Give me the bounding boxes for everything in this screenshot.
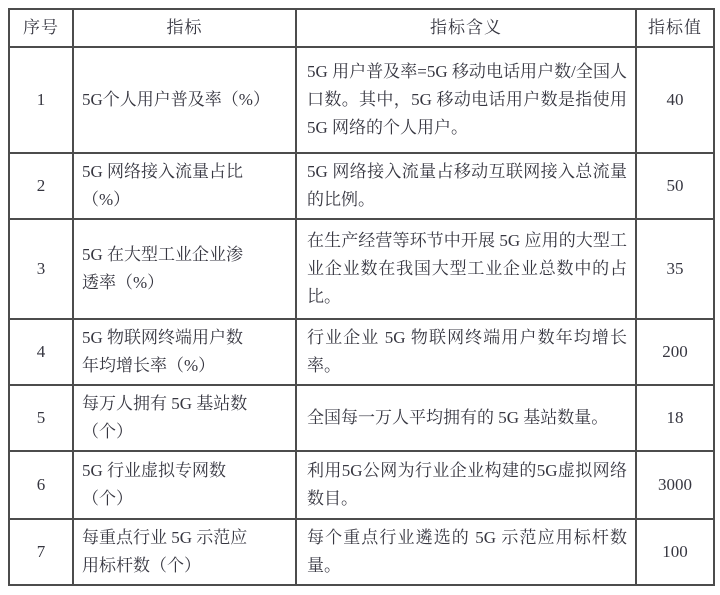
meaning-cell: 5G 用户普及率=5G 移动电话用户数/全国人口数。其中，5G 移动电话用户数是… xyxy=(296,47,636,153)
table-row: 2 5G 网络接入流量占比 （%） 5G 网络接入流量占移动互联网接入总流量的比… xyxy=(9,153,714,219)
meaning-cell: 利用5G公网为行业企业构建的5G虚拟网络数目。 xyxy=(296,451,636,519)
indicator-cell: 每重点行业 5G 示范应 用标杆数（个） xyxy=(73,519,296,585)
value-cell: 3000 xyxy=(636,451,714,519)
row-number-cell: 1 xyxy=(9,47,73,153)
indicator-cell: 5G 网络接入流量占比 （%） xyxy=(73,153,296,219)
value-cell: 35 xyxy=(636,219,714,319)
table-row: 6 5G 行业虚拟专网数 （个） 利用5G公网为行业企业构建的5G虚拟网络数目。… xyxy=(9,451,714,519)
header-indicator-value: 指标值 xyxy=(636,9,714,47)
row-number-cell: 5 xyxy=(9,385,73,451)
row-number-cell: 2 xyxy=(9,153,73,219)
meaning-cell: 全国每一万人平均拥有的 5G 基站数量。 xyxy=(296,385,636,451)
value-cell: 18 xyxy=(636,385,714,451)
indicator-table: 序号 指标 指标含义 指标值 1 5G个人用户普及率（%） 5G 用户普及率=5… xyxy=(8,8,715,586)
header-serial-number: 序号 xyxy=(9,9,73,47)
value-cell: 100 xyxy=(636,519,714,585)
header-indicator: 指标 xyxy=(73,9,296,47)
row-number-cell: 4 xyxy=(9,319,73,385)
indicator-cell: 5G 物联网终端用户数 年均增长率（%） xyxy=(73,319,296,385)
meaning-cell: 每个重点行业遴选的 5G 示范应用标杆数量。 xyxy=(296,519,636,585)
value-cell: 50 xyxy=(636,153,714,219)
indicator-cell: 每万人拥有 5G 基站数 （个） xyxy=(73,385,296,451)
table-row: 3 5G 在大型工业企业渗 透率（%） 在生产经营等环节中开展 5G 应用的大型… xyxy=(9,219,714,319)
value-cell: 40 xyxy=(636,47,714,153)
header-indicator-meaning: 指标含义 xyxy=(296,9,636,47)
row-number-cell: 7 xyxy=(9,519,73,585)
table-row: 5 每万人拥有 5G 基站数 （个） 全国每一万人平均拥有的 5G 基站数量。 … xyxy=(9,385,714,451)
value-cell: 200 xyxy=(636,319,714,385)
row-number-cell: 6 xyxy=(9,451,73,519)
meaning-cell: 行业企业 5G 物联网终端用户数年均增长率。 xyxy=(296,319,636,385)
row-number-cell: 3 xyxy=(9,219,73,319)
meaning-cell: 5G 网络接入流量占移动互联网接入总流量的比例。 xyxy=(296,153,636,219)
table-row: 1 5G个人用户普及率（%） 5G 用户普及率=5G 移动电话用户数/全国人口数… xyxy=(9,47,714,153)
indicator-cell: 5G个人用户普及率（%） xyxy=(73,47,296,153)
meaning-cell: 在生产经营等环节中开展 5G 应用的大型工业企业数在我国大型工业企业总数中的占比… xyxy=(296,219,636,319)
table-row: 4 5G 物联网终端用户数 年均增长率（%） 行业企业 5G 物联网终端用户数年… xyxy=(9,319,714,385)
header-row: 序号 指标 指标含义 指标值 xyxy=(9,9,714,47)
indicator-cell: 5G 在大型工业企业渗 透率（%） xyxy=(73,219,296,319)
document-page: 序号 指标 指标含义 指标值 1 5G个人用户普及率（%） 5G 用户普及率=5… xyxy=(0,0,720,586)
indicator-cell: 5G 行业虚拟专网数 （个） xyxy=(73,451,296,519)
table-row: 7 每重点行业 5G 示范应 用标杆数（个） 每个重点行业遴选的 5G 示范应用… xyxy=(9,519,714,585)
